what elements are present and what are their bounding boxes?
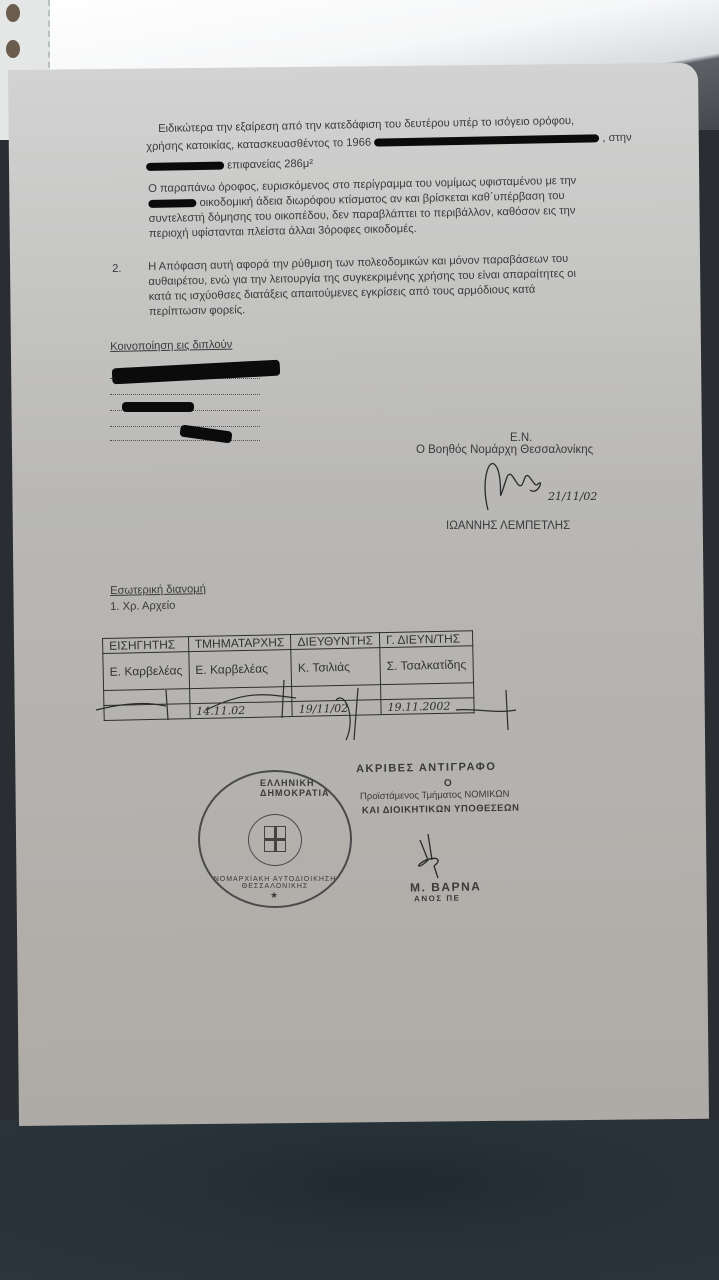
signature-date: 21/11/02 xyxy=(548,490,597,503)
paragraph-floor-description: Ο παραπάνω όροφος, ευρισκόμενος στο περί… xyxy=(148,172,669,242)
internal-distribution-item: 1. Χρ. Αρχείο xyxy=(110,599,176,615)
dotted-line xyxy=(110,440,260,441)
redaction-mark xyxy=(374,134,599,146)
dotted-line xyxy=(110,394,260,395)
redaction-mark xyxy=(148,199,196,208)
header-cell: ΔΙΕΥΘΥΝΤΗΣ xyxy=(291,633,380,650)
seal-outer-text: ΕΛΛΗΝΙΚΗ ΔΗΜΟΚΡΑΤΙΑ xyxy=(260,778,350,798)
paragraph-decision-scope: Η Απόφαση αυτή αφορά την ρύθμιση των πολ… xyxy=(148,250,669,320)
header-cell: ΤΜΗΜΑΤΑΡΧΗΣ xyxy=(188,635,291,652)
name-cell: Σ. Τσαλκατίδης xyxy=(380,646,473,685)
certified-copy-o: Ο xyxy=(444,778,453,789)
text-line: , στην xyxy=(602,132,632,145)
seal-inner-text: ΝΟΜΑΡΧΙΑΚΗ ΑΥΤΟΔΙΟΙΚΗΣΗ ΘΕΣΣΑΛΟΝΙΚΗΣ xyxy=(210,876,340,890)
internal-distribution-heading: Εσωτερική διανομή xyxy=(110,582,206,599)
certified-copy-department: ΚΑΙ ΔΙΟΙΚΗΤΙΚΩΝ ΥΠΟΘΕΣΕΩΝ xyxy=(362,803,520,817)
text-line: επιφανείας 286μ² xyxy=(227,158,313,172)
certified-copy-heading: ΑΚΡΙΒΕΣ ΑΝΤΙΓΡΑΦΟ xyxy=(356,761,497,775)
official-seal-stamp: ΕΛΛΗΝΙΚΗ ΔΗΜΟΚΡΑΤΙΑ ΝΟΜΑΡΧΙΑΚΗ ΑΥΤΟΔΙΟΙΚ… xyxy=(198,770,352,908)
redaction-mark xyxy=(146,162,224,171)
header-cell: Γ. ΔΙΕΥΝ/ΤΗΣ xyxy=(379,631,472,648)
certified-copy-name: Μ. ΒΑΡΝΑ xyxy=(410,879,482,894)
document-content: Ειδικώτερα την εξαίρεση από την κατεδάφι… xyxy=(0,0,719,1280)
text-line: χρήσης κατοικίας, κατασκευασθέντος το 19… xyxy=(146,137,371,153)
redaction-mark xyxy=(122,402,194,412)
greek-coat-of-arms-icon xyxy=(264,826,286,852)
star-icon: ★ xyxy=(270,890,278,901)
signature-varna xyxy=(408,830,468,880)
notification-heading: Κοινοποίηση εις διπλούν xyxy=(110,338,232,355)
item-number: 2. xyxy=(112,261,142,277)
table-signatures xyxy=(96,680,556,750)
redaction-mark xyxy=(112,360,281,385)
certified-copy-subtitle: ΑΝΟΣ ΠΕ xyxy=(414,894,461,904)
paragraph-exemption-line-3: επιφανείας 286μ² xyxy=(146,154,446,175)
signatory-name: ΙΩΑΝΝΗΣ ΛΕΜΠΕΤΛΗΣ xyxy=(446,520,570,532)
signature-lempetlis xyxy=(478,440,558,520)
certified-copy-role: Προϊστάμενος Τμήματος ΝΟΜΙΚΩΝ xyxy=(360,789,510,803)
